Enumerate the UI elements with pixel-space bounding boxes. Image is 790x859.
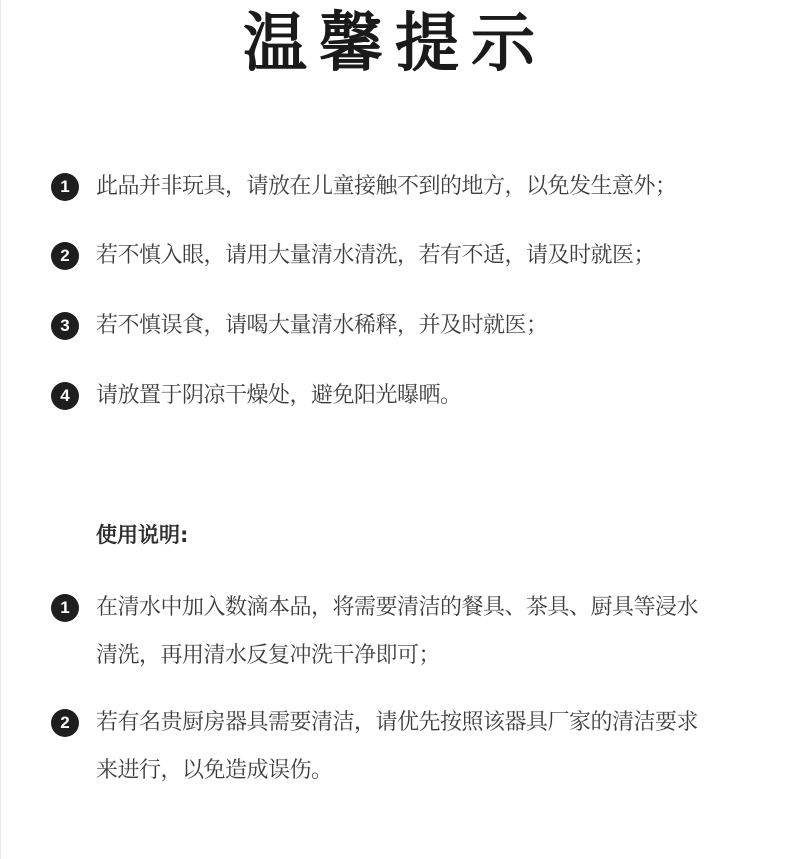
number-badge-1-icon: 1: [51, 594, 79, 622]
usage-text-1: 在清水中加入数滴本品，将需要清洁的餐具、茶具、厨具等浸水清洗，再用清水反复冲洗干…: [96, 584, 711, 680]
usage-heading: 使用说明:: [96, 520, 188, 550]
warning-text-4: 请放置于阴凉干燥处，避免阳光曝晒。: [96, 380, 462, 412]
usage-item-2: 2 若有名贵厨房器具需要清洁，请优先按照该器具厂家的清洁要求来进行，以免造成误伤…: [51, 707, 711, 795]
left-border-line: [0, 0, 1, 859]
number-badge-2-icon: 2: [51, 709, 79, 737]
warning-item-3: 3 若不慎误食，请喝大量清水稀释，并及时就医；: [51, 310, 751, 342]
warning-text-2: 若不慎入眼，请用大量清水清洗，若有不适，请及时就医；: [96, 240, 655, 272]
warning-item-2: 2 若不慎入眼，请用大量清水清洗，若有不适，请及时就医；: [51, 240, 751, 272]
usage-item-1: 1 在清水中加入数滴本品，将需要清洁的餐具、茶具、厨具等浸水清洗，再用清水反复冲…: [51, 592, 711, 680]
warning-item-4: 4 请放置于阴凉干燥处，避免阳光曝晒。: [51, 380, 751, 412]
number-badge-4-icon: 4: [51, 382, 79, 410]
number-badge-1-icon: 1: [51, 173, 79, 201]
usage-text-2: 若有名贵厨房器具需要清洁，请优先按照该器具厂家的清洁要求来进行，以免造成误伤。: [96, 699, 711, 795]
number-badge-2-icon: 2: [51, 242, 79, 270]
number-badge-3-icon: 3: [51, 312, 79, 340]
warning-item-1: 1 此品并非玩具，请放在儿童接触不到的地方，以免发生意外；: [51, 171, 751, 203]
warning-text-3: 若不慎误食，请喝大量清水稀释，并及时就医；: [96, 310, 548, 342]
page-title: 温馨提示: [0, 6, 790, 82]
warning-text-1: 此品并非玩具，请放在儿童接触不到的地方，以免发生意外；: [96, 171, 677, 203]
